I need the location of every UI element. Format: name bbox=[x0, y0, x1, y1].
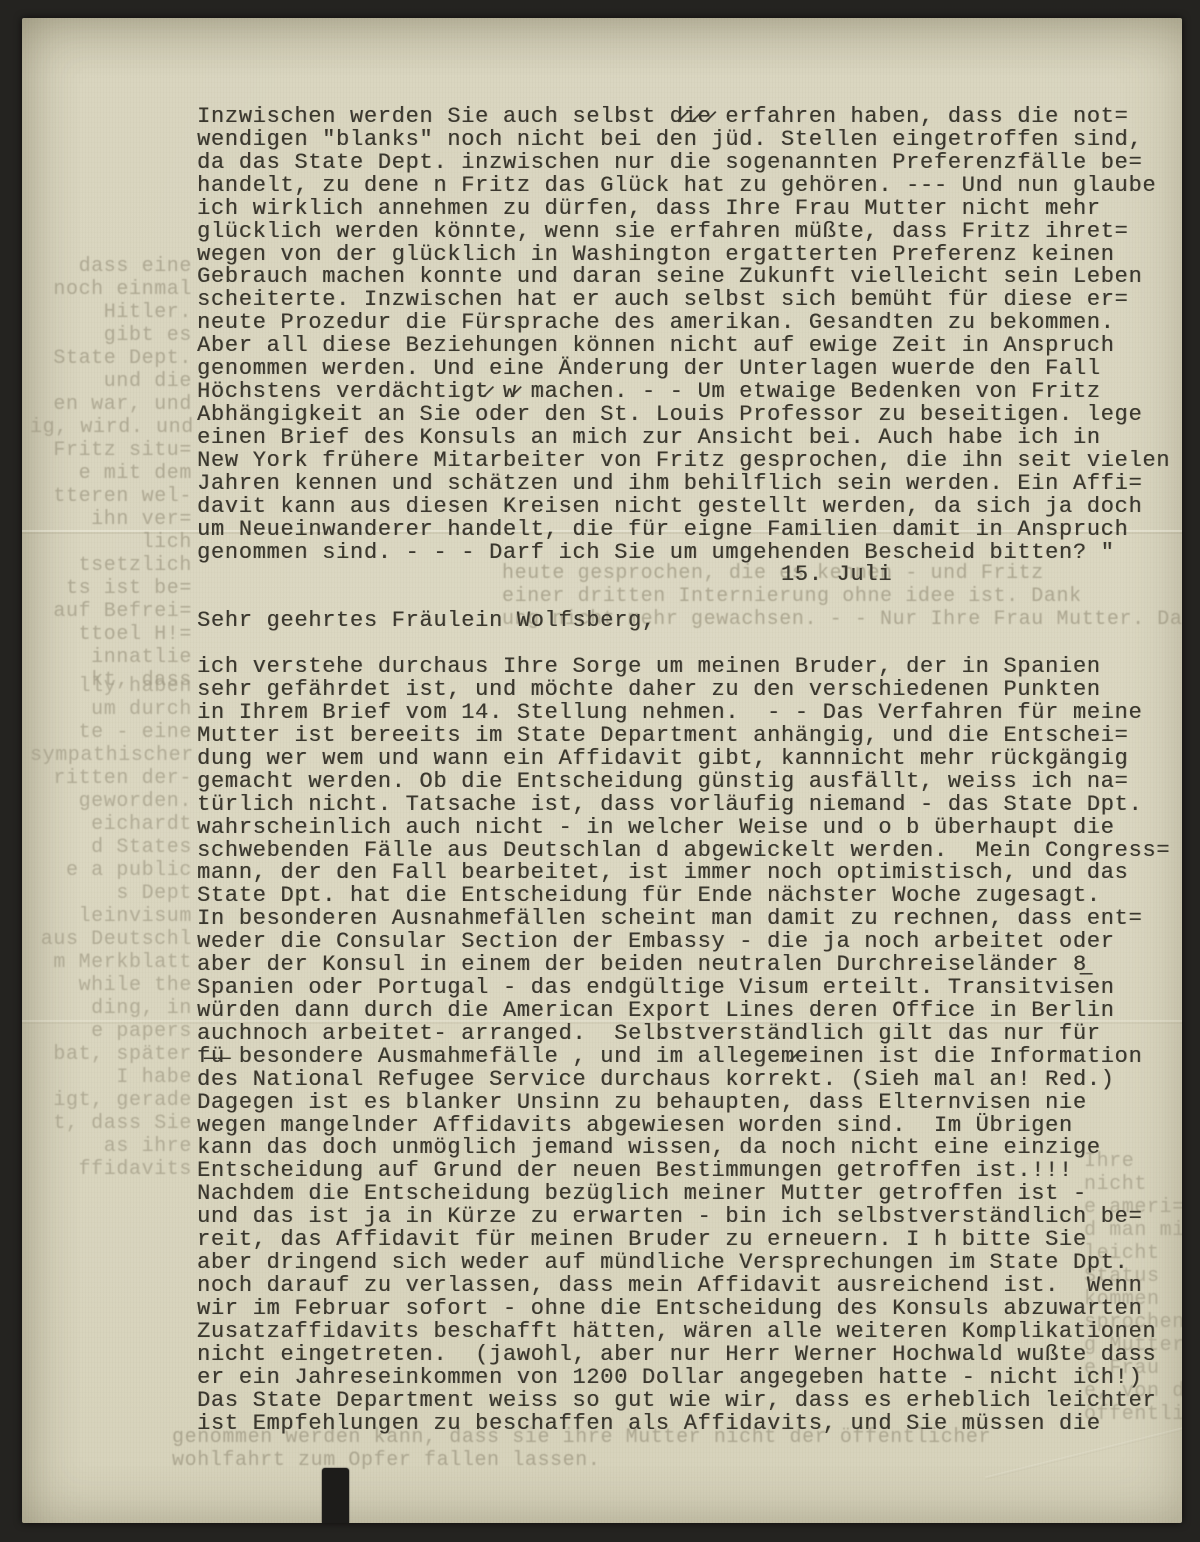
letter-line: Entscheidung auf Grund der neuen Bestimm… bbox=[197, 1160, 1170, 1183]
letter-line: Dagegen ist es blanker Unsinn zu behaupt… bbox=[197, 1092, 1170, 1115]
bleedthrough-fragment: ffidavits bbox=[30, 1158, 192, 1181]
letter-line: mann, der den Fall bearbeitet, ist immer… bbox=[197, 862, 1170, 885]
letter-line: Inzwischen werden Sie auch selbst d̷i̷e̷… bbox=[197, 106, 1170, 129]
letter-line: dung wer wem und wann ein Affidavit gibt… bbox=[197, 748, 1170, 771]
letter-line: Mutter ist bereeits im State Department … bbox=[197, 725, 1170, 748]
bleedthrough-fragment: noch einmal bbox=[30, 278, 192, 301]
bleedthrough-fragment: e papers bbox=[30, 1020, 192, 1043]
letter-line: um Neueinwanderer handelt, die für eigne… bbox=[197, 519, 1170, 542]
bleedthrough-fragment: Hitler. bbox=[30, 301, 192, 324]
bleedthrough-fragment: ttoel H!= bbox=[30, 623, 192, 646]
letter-line: gemacht werden. Ob die Entscheidung güns… bbox=[197, 771, 1170, 794]
letter-line: davit kann aus diesen Kreisen nicht gest… bbox=[197, 496, 1170, 519]
bleedthrough-fragment: d States bbox=[30, 836, 192, 859]
letter-line: da das State Dept. inzwischen nur die so… bbox=[197, 152, 1170, 175]
bleedthrough-fragment: as ihre bbox=[30, 1135, 192, 1158]
bleedthrough-fragment: te - eine bbox=[30, 721, 192, 744]
letter-page: dass einenoch einmalHitler.gibt esState … bbox=[22, 18, 1182, 1523]
letter-line: auchnoch arbeitet- arranged. Selbstverst… bbox=[197, 1023, 1170, 1046]
letter-line bbox=[197, 587, 1170, 610]
letter-body: Inzwischen werden Sie auch selbst d̷i̷e̷… bbox=[197, 106, 1170, 1435]
bleedthrough-fragment: innatlie bbox=[30, 646, 192, 669]
bleedthrough-fragment: wohlfahrt zum Opfer fallen lassen. bbox=[172, 1449, 1102, 1472]
letter-line: Jahren kennen und schätzen und ihm behil… bbox=[197, 473, 1170, 496]
letter-line: wegen von der glücklich in Washington er… bbox=[197, 244, 1170, 267]
bleedthrough-fragment: leinvisum bbox=[30, 905, 192, 928]
bleedthrough-fragment: gibt es bbox=[30, 324, 192, 347]
letter-line: Höchstens verdächtigt̷ w̷ machen. - - Um… bbox=[197, 381, 1170, 404]
bleedthrough-fragment: m Merkblatt bbox=[30, 951, 192, 974]
letter-line: noch darauf zu verlassen, dass mein Affi… bbox=[197, 1275, 1170, 1298]
letter-line: aber dringend sich weder auf mündliche V… bbox=[197, 1252, 1170, 1275]
bleedthrough-fragment: bat, später bbox=[30, 1043, 192, 1066]
letter-line: Spanien oder Portugal - das endgültige V… bbox=[197, 977, 1170, 1000]
bleedthrough-fragment: while the bbox=[30, 974, 192, 997]
bleedthrough-fragment: sympathischer bbox=[30, 744, 192, 767]
bleedthrough-fragment: ig, wird. und bbox=[30, 416, 192, 439]
letter-line: einen Brief des Konsuls an mich zur Ansi… bbox=[197, 427, 1170, 450]
letter-line: Sehr geehrtes Fräulein Wolfsberg, bbox=[197, 610, 1170, 633]
bleedthrough-fragment: eichardt bbox=[30, 813, 192, 836]
letter-line: ist Empfehlungen zu beschaffen als Affid… bbox=[197, 1413, 1170, 1436]
bleedthrough-left-upper: dass einenoch einmalHitler.gibt esState … bbox=[30, 255, 192, 692]
bleedthrough-fragment: tteren wel- bbox=[30, 485, 192, 508]
letter-line: Nachdem die Entscheidung bezüglich meine… bbox=[197, 1183, 1170, 1206]
letter-line: genommen werden. Und eine Änderung der U… bbox=[197, 358, 1170, 381]
letter-line: würden dann durch die American Export Li… bbox=[197, 1000, 1170, 1023]
letter-line: 15. Juli bbox=[197, 564, 1170, 587]
bleedthrough-fragment: en war, und bbox=[30, 393, 192, 416]
bleedthrough-fragment: s Dept bbox=[30, 882, 192, 905]
letter-line: wendigen "blanks" noch nicht bei den jüd… bbox=[197, 129, 1170, 152]
letter-line: kann das doch unmöglich jemand wissen, d… bbox=[197, 1137, 1170, 1160]
bleedthrough-fragment: I habe bbox=[30, 1066, 192, 1089]
letter-line: glücklich werden könnte, wenn sie erfahr… bbox=[197, 221, 1170, 244]
bleedthrough-fragment: lly haben bbox=[30, 675, 192, 698]
letter-line: er ein Jahreseinkommen von 1200 Dollar a… bbox=[197, 1367, 1170, 1390]
letter-line: wir im Februar sofort - ohne die Entsche… bbox=[197, 1298, 1170, 1321]
scan-background: dass einenoch einmalHitler.gibt esState … bbox=[0, 0, 1200, 1542]
bleedthrough-fragment: State Dept. bbox=[30, 347, 192, 370]
bleedthrough-fragment: e a public bbox=[30, 859, 192, 882]
letter-line bbox=[197, 633, 1170, 656]
bleedthrough-fragment: ihn ver= bbox=[30, 508, 192, 531]
letter-line: Das State Department weiss so gut wie wi… bbox=[197, 1390, 1170, 1413]
bleedthrough-fragment: t, dass Sie bbox=[30, 1112, 192, 1135]
bleedthrough-fragment: ts ist be= bbox=[30, 577, 192, 600]
bleedthrough-fragment: ding, in bbox=[30, 997, 192, 1020]
letter-line: Gebrauch machen konnte und daran seine Z… bbox=[197, 266, 1170, 289]
letter-line: türlich nicht. Tatsache ist, dass vorläu… bbox=[197, 794, 1170, 817]
letter-line: reit, das Affidavit für meinen Bruder zu… bbox=[197, 1229, 1170, 1252]
letter-line: nicht eingetreten. (jawohl, aber nur Her… bbox=[197, 1344, 1170, 1367]
letter-line: und das ist ja in Kürze zu erwarten - bi… bbox=[197, 1206, 1170, 1229]
letter-line: scheiterte. Inzwischen hat er auch selbs… bbox=[197, 289, 1170, 312]
letter-line: f̶ü̶ besondere Ausmahmefälle , und im al… bbox=[197, 1046, 1170, 1069]
letter-line: des National Refugee Service durchaus ko… bbox=[197, 1069, 1170, 1092]
bleedthrough-fragment: lich bbox=[30, 531, 192, 554]
bleedthrough-fragment: kt, dass bbox=[30, 669, 192, 692]
letter-line: weder die Consular Section der Embassy -… bbox=[197, 931, 1170, 954]
bleedthrough-fragment: tsetzlich bbox=[30, 554, 192, 577]
letter-line: aber der Konsul in einem der beiden neut… bbox=[197, 954, 1170, 977]
bleedthrough-fragment: aus Deutschl bbox=[30, 928, 192, 951]
letter-line: genommen sind. - - - Darf ich Sie um umg… bbox=[197, 542, 1170, 565]
bleedthrough-fragment: e mit dem bbox=[30, 462, 192, 485]
letter-line: handelt, zu dene n Fritz das Glück hat z… bbox=[197, 175, 1170, 198]
bleedthrough-left-lower: lly habenum durchte - einesympathischerr… bbox=[30, 675, 192, 1181]
bleedthrough-fragment: Fritz situ= bbox=[30, 439, 192, 462]
bleedthrough-fragment: auf Befrei= bbox=[30, 600, 192, 623]
ink-blot-mark bbox=[322, 1468, 349, 1523]
bleedthrough-fragment: und die bbox=[30, 370, 192, 393]
letter-line: State Dpt. hat die Entscheidung für Ende… bbox=[197, 885, 1170, 908]
letter-line: ich wirklich annehmen zu dürfen, dass Ih… bbox=[197, 198, 1170, 221]
bleedthrough-fragment: um durch bbox=[30, 698, 192, 721]
letter-line: sehr gefährdet ist, und möchte daher zu … bbox=[197, 679, 1170, 702]
letter-line: wahrscheinlich auch nicht - in welcher W… bbox=[197, 817, 1170, 840]
letter-line: neute Prozedur die Fürsprache des amerik… bbox=[197, 312, 1170, 335]
bleedthrough-fragment: geworden. bbox=[30, 790, 192, 813]
letter-line: schwebenden Fälle aus Deutschlan d abgew… bbox=[197, 840, 1170, 863]
letter-line: Abhängigkeit an Sie oder den St. Louis P… bbox=[197, 404, 1170, 427]
bleedthrough-fragment: igt, gerade bbox=[30, 1089, 192, 1112]
bleedthrough-fragment: ritten der- bbox=[30, 767, 192, 790]
letter-line: in Ihrem Brief vom 14. Stellung nehmen. … bbox=[197, 702, 1170, 725]
letter-line: Zusatzaffidavits beschafft hätten, wären… bbox=[197, 1321, 1170, 1344]
letter-line: In besonderen Ausnahmefällen scheint man… bbox=[197, 908, 1170, 931]
letter-line: New York frühere Mitarbeiter von Fritz g… bbox=[197, 450, 1170, 473]
letter-line: Aber all diese Beziehungen können nicht … bbox=[197, 335, 1170, 358]
bleedthrough-fragment: dass eine bbox=[30, 255, 192, 278]
letter-line: ich verstehe durchaus Ihre Sorge um mein… bbox=[197, 656, 1170, 679]
letter-line: wegen mangelnder Affidavits abgewiesen w… bbox=[197, 1115, 1170, 1138]
